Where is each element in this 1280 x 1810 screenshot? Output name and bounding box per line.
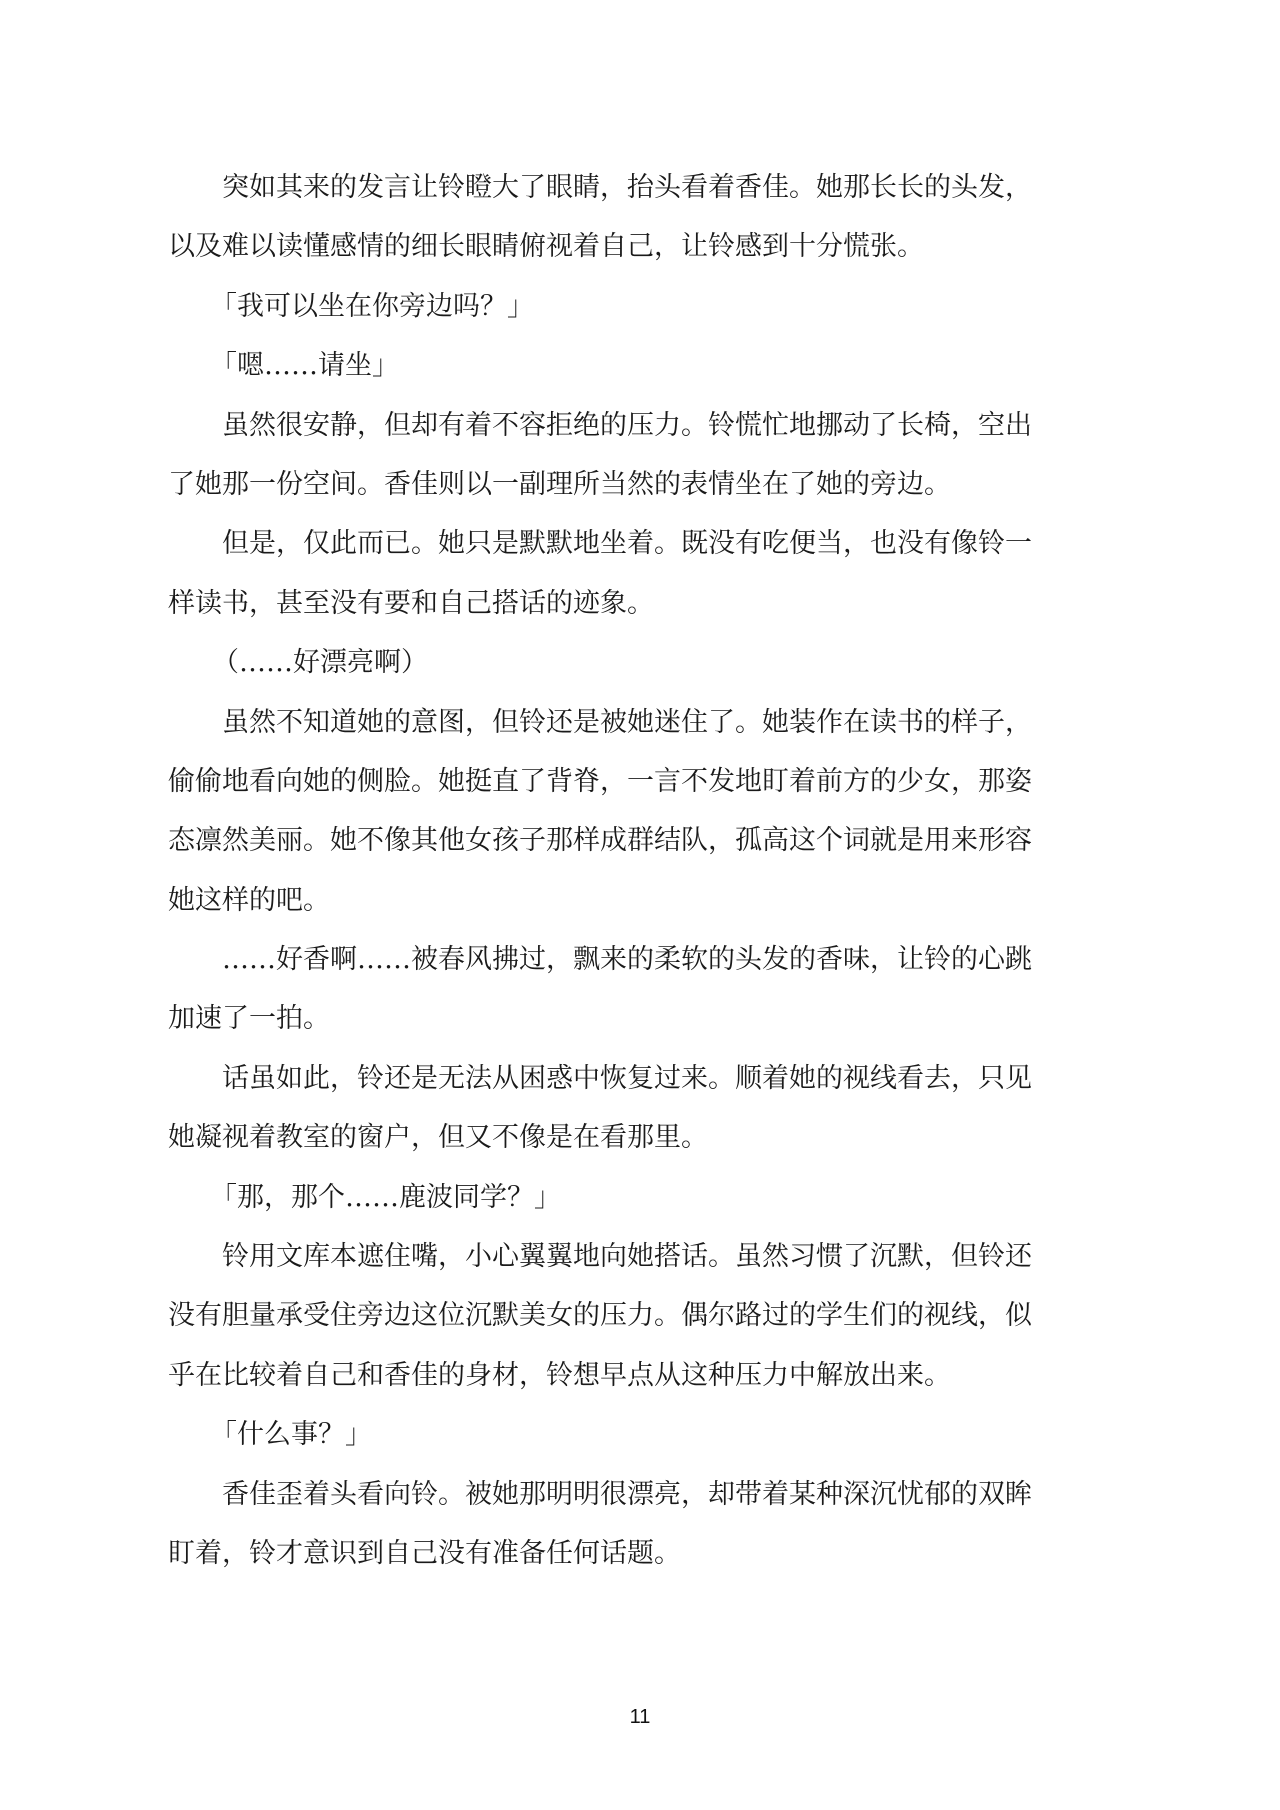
thought-line-so-beautiful: （……好漂亮啊）: [212, 633, 1142, 692]
dialog-line-please-sit: 「嗯……请坐」: [210, 336, 1142, 395]
page-number: 11: [0, 1706, 1280, 1729]
paragraph-7-line-3: 乎在比较着自己和香佳的身材，铃想早点从这种压力中解放出来。: [168, 1346, 1142, 1405]
paragraph-8-line-1: 香佳歪着头看向铃。被她那明明很漂亮，却带着某种深沉忧郁的双眸: [222, 1465, 1142, 1524]
document-page: 突如其来的发言让铃瞪大了眼睛，抬头看着香佳。她那长长的头发， 以及难以读懂感情的…: [0, 0, 1280, 1810]
paragraph-2-line-1: 虽然很安静，但却有着不容拒绝的压力。铃慌忙地挪动了长椅，空出: [222, 396, 1142, 455]
body-text: 突如其来的发言让铃瞪大了眼睛，抬头看着香佳。她那长长的头发， 以及难以读懂感情的…: [222, 158, 1142, 1583]
paragraph-3-line-1: 但是，仅此而已。她只是默默地坐着。既没有吃便当，也没有像铃一: [222, 514, 1142, 573]
dialog-line-what-is-it: 「什么事？」: [210, 1405, 1142, 1464]
paragraph-5-line-2: 加速了一拍。: [168, 989, 1142, 1048]
paragraph-7-line-2: 没有胆量承受住旁边这位沉默美女的压力。偶尔路过的学生们的视线，似: [168, 1286, 1142, 1345]
paragraph-6-line-1: 话虽如此，铃还是无法从困惑中恢复过来。顺着她的视线看去，只见: [222, 1049, 1142, 1108]
paragraph-6-line-2: 她凝视着教室的窗户，但又不像是在看那里。: [168, 1108, 1142, 1167]
paragraph-3-line-2: 样读书，甚至没有要和自己搭话的迹象。: [168, 574, 1142, 633]
paragraph-4-line-1: 虽然不知道她的意图，但铃还是被她迷住了。她装作在读书的样子，: [222, 693, 1142, 752]
paragraph-4-line-4: 她这样的吧。: [168, 871, 1142, 930]
paragraph-8-line-2: 盯着，铃才意识到自己没有准备任何话题。: [168, 1524, 1142, 1583]
dialog-line-may-i-sit: 「我可以坐在你旁边吗？」: [210, 277, 1142, 336]
paragraph-4-line-3: 态凛然美丽。她不像其他女孩子那样成群结队，孤高这个词就是用来形容: [168, 811, 1142, 870]
paragraph-1-line-1: 突如其来的发言让铃瞪大了眼睛，抬头看着香佳。她那长长的头发，: [222, 158, 1142, 217]
paragraph-1-line-2: 以及难以读懂感情的细长眼睛俯视着自己，让铃感到十分慌张。: [168, 217, 1142, 276]
paragraph-5-line-1: ……好香啊……被春风拂过，飘来的柔软的头发的香味，让铃的心跳: [222, 930, 1142, 989]
paragraph-2-line-2: 了她那一份空间。香佳则以一副理所当然的表情坐在了她的旁边。: [168, 455, 1142, 514]
paragraph-4-line-2: 偷偷地看向她的侧脸。她挺直了背脊，一言不发地盯着前方的少女，那姿: [168, 752, 1142, 811]
paragraph-7-line-1: 铃用文库本遮住嘴，小心翼翼地向她搭话。虽然习惯了沉默，但铃还: [222, 1227, 1142, 1286]
dialog-line-kanami: 「那，那个……鹿波同学？」: [210, 1168, 1142, 1227]
